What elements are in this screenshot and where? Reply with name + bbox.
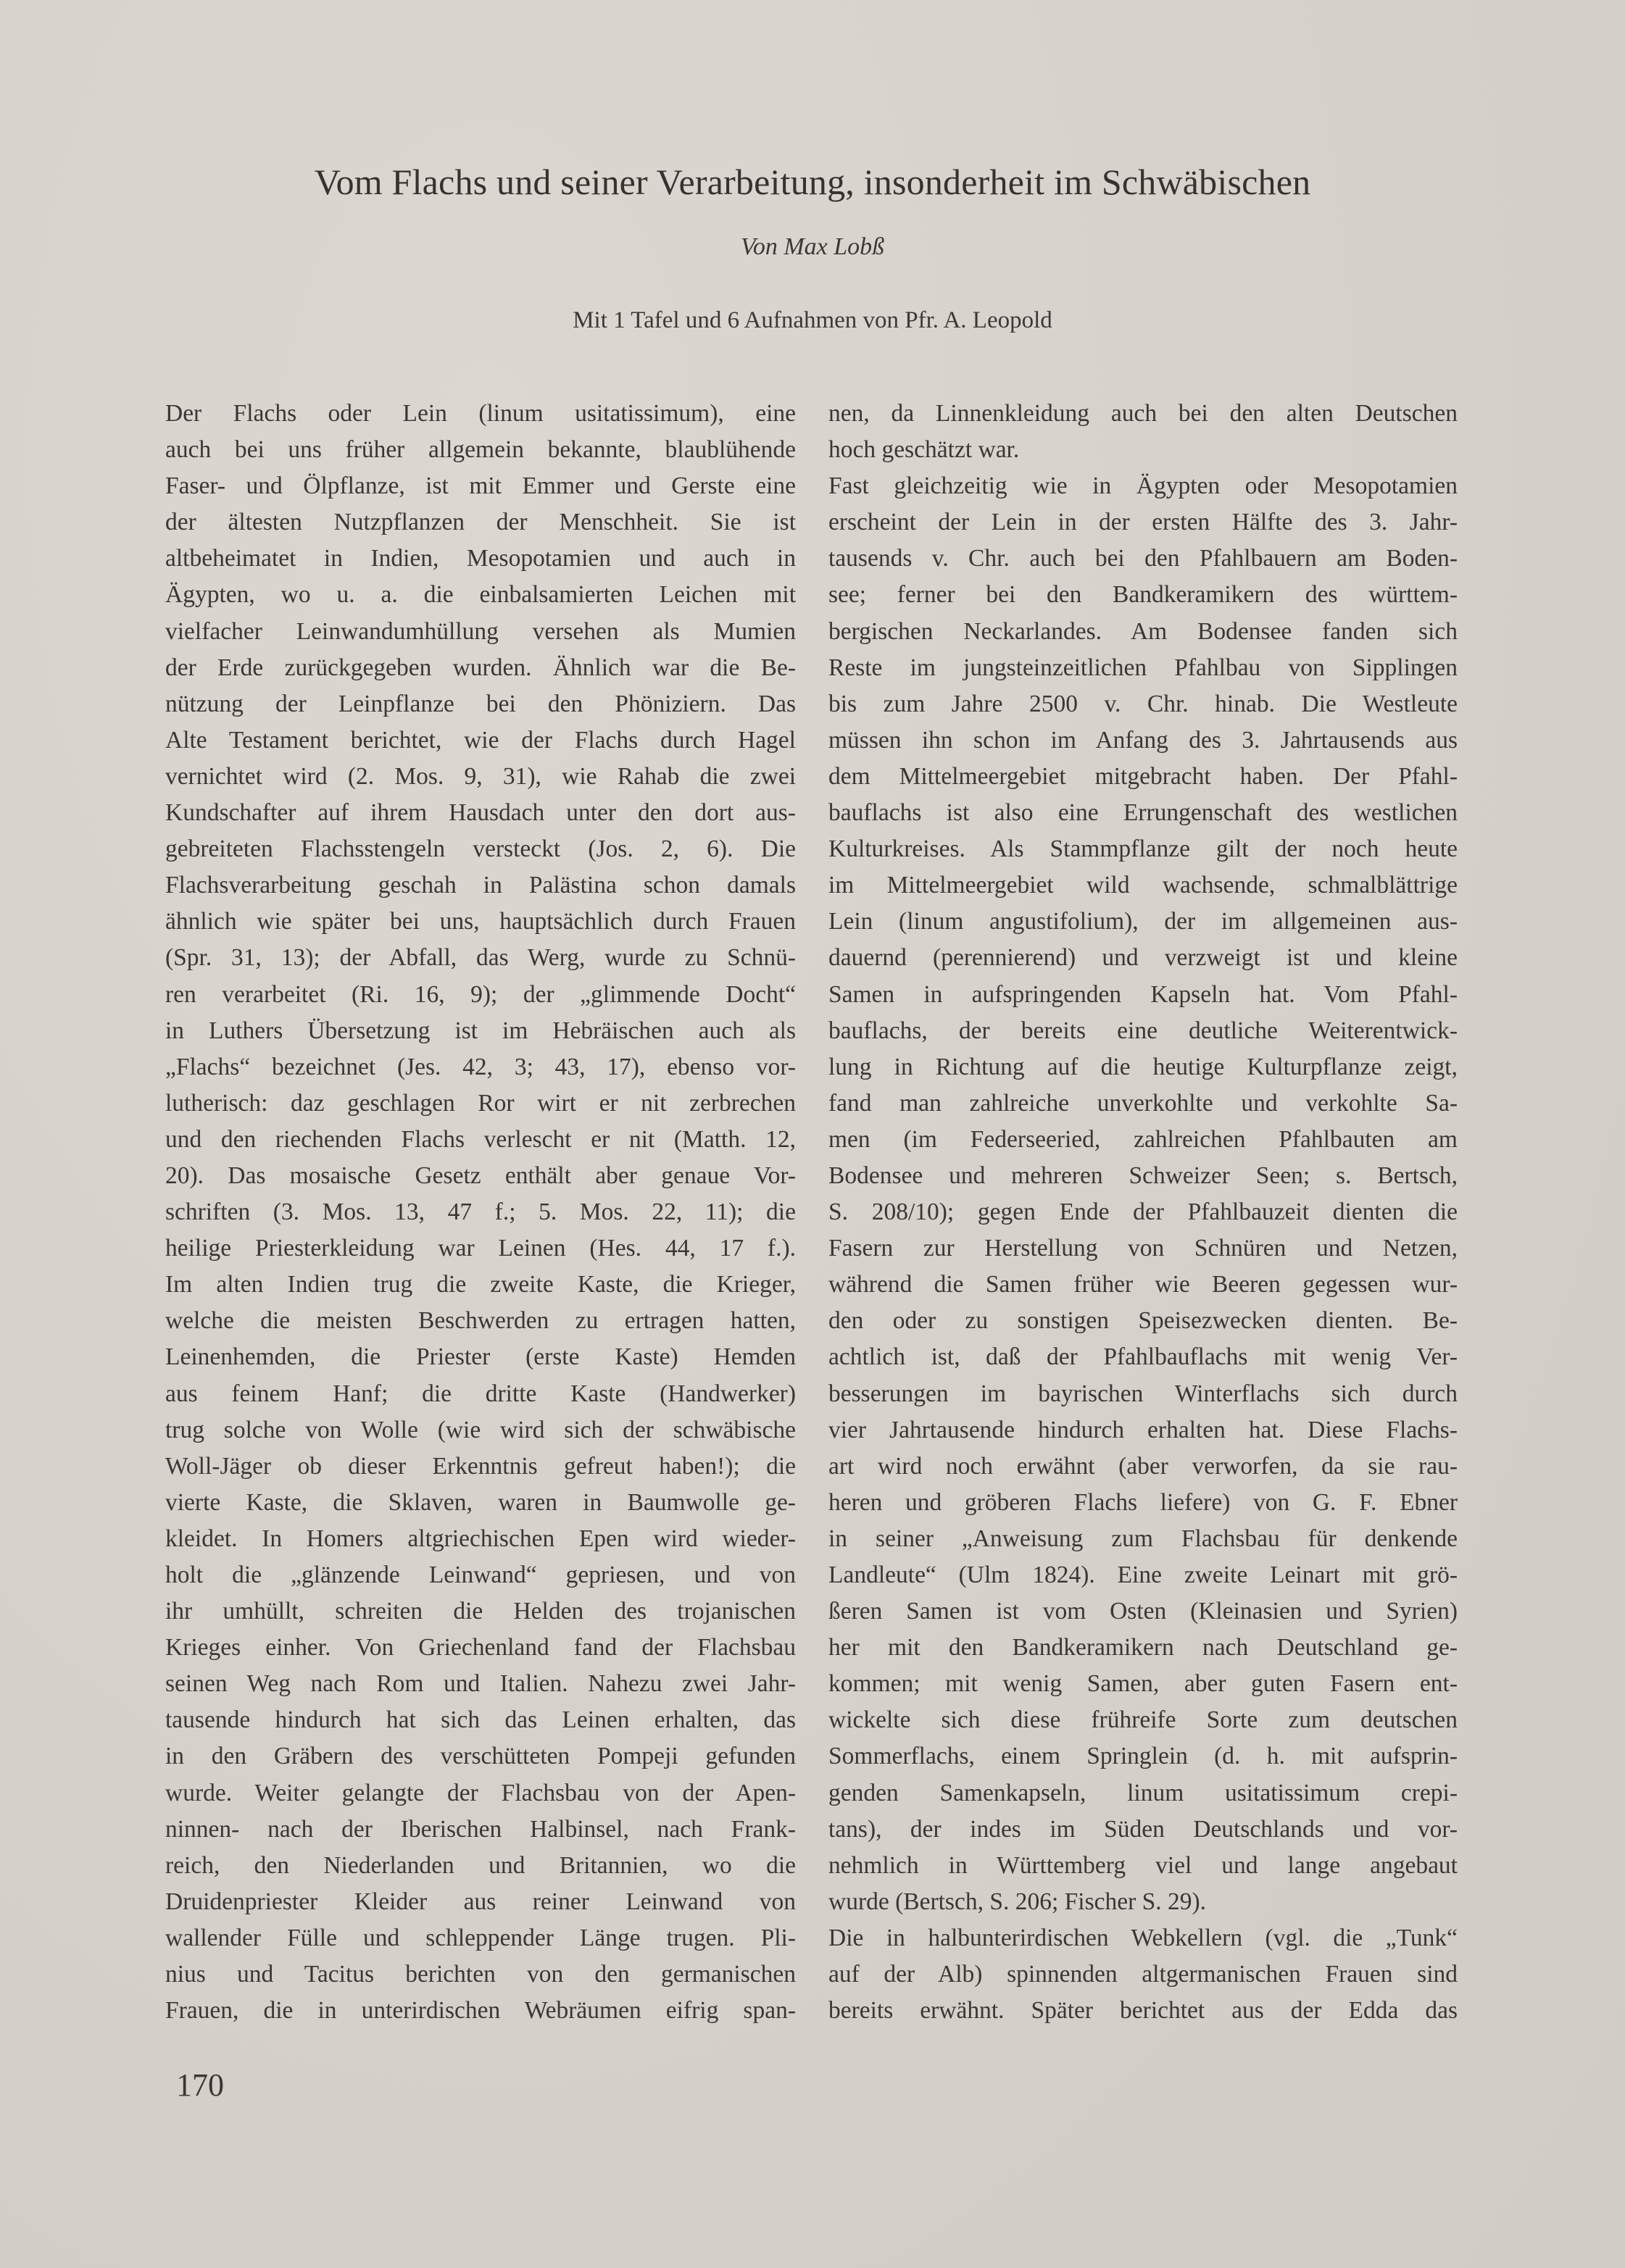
text-line: der ältesten Nutzpflanzen der Menschheit… xyxy=(165,504,796,541)
text-line: hoch geschätzt war. xyxy=(828,432,1458,468)
text-line: der Erde zurückgegeben wurden. Ähnlich w… xyxy=(165,650,796,686)
text-line: wurde. Weiter gelangte der Flachsbau von… xyxy=(165,1775,796,1812)
text-column-right: nen, da Linnenkleidung auch bei den alte… xyxy=(828,396,1458,2029)
text-line: dem Mittelmeergebiet mitgebracht haben. … xyxy=(828,759,1458,795)
article-title: Vom Flachs und seiner Verarbeitung, inso… xyxy=(0,161,1625,203)
text-line: (Spr. 31, 13); der Abfall, das Werg, wur… xyxy=(165,940,796,976)
text-line: kleidet. In Homers altgriechischen Epen … xyxy=(165,1521,796,1557)
text-line: schriften (3. Mos. 13, 47 f.; 5. Mos. 22… xyxy=(165,1194,796,1230)
text-line: Faser- und Ölpflanze, ist mit Emmer und … xyxy=(165,468,796,504)
text-line: den oder zu sonstigen Speisezwecken dien… xyxy=(828,1303,1458,1339)
text-line: Landleute“ (Ulm 1824). Eine zweite Leina… xyxy=(828,1557,1458,1593)
text-line: ninnen- nach der Iberischen Halbinsel, n… xyxy=(165,1812,796,1848)
text-line: nehmlich in Württemberg viel und lange a… xyxy=(828,1848,1458,1884)
text-line: kommen; mit wenig Samen, aber guten Fase… xyxy=(828,1666,1458,1702)
text-line: achtlich ist, daß der Pfahlbauflachs mit… xyxy=(828,1339,1458,1375)
text-line: gebreiteten Flachsstengeln versteckt (Jo… xyxy=(165,831,796,867)
author-byline: Von Max Lobß xyxy=(0,233,1625,261)
text-line: Woll-Jäger ob dieser Erkenntnis gefreut … xyxy=(165,1448,796,1485)
text-line: vernichtet wird (2. Mos. 9, 31), wie Rah… xyxy=(165,759,796,795)
text-line: genden Samenkapseln, linum usitatissimum… xyxy=(828,1775,1458,1812)
text-line: bauflachs ist also eine Errungenschaft d… xyxy=(828,795,1458,831)
text-line: Ägypten, wo u. a. die einbalsamierten Le… xyxy=(165,577,796,613)
text-line: aus feinem Hanf; die dritte Kaste (Handw… xyxy=(165,1376,796,1412)
text-line: während die Samen früher wie Beeren gege… xyxy=(828,1267,1458,1303)
text-line: Im alten Indien trug die zweite Kaste, d… xyxy=(165,1267,796,1303)
text-line: „Flachs“ bezeichnet (Jes. 42, 3; 43, 17)… xyxy=(165,1049,796,1085)
text-line: Reste im jungsteinzeitlichen Pfahlbau vo… xyxy=(828,650,1458,686)
text-line: see; ferner bei den Bandkeramikern des w… xyxy=(828,577,1458,613)
text-line: holt die „glänzende Leinwand“ gepriesen,… xyxy=(165,1557,796,1593)
text-line: Lein (linum angustifolium), der im allge… xyxy=(828,904,1458,940)
text-line: art wird noch erwähnt (aber verworfen, d… xyxy=(828,1448,1458,1485)
text-line: Kundschafter auf ihrem Hausdach unter de… xyxy=(165,795,796,831)
text-line: Druidenpriester Kleider aus reiner Leinw… xyxy=(165,1884,796,1920)
text-line: auf der Alb) spinnenden altgermanischen … xyxy=(828,1956,1458,1993)
text-line: Fast gleichzeitig wie in Ägypten oder Me… xyxy=(828,468,1458,504)
text-line: vielfacher Leinwandumhüllung versehen al… xyxy=(165,614,796,650)
text-line: in den Gräbern des verschütteten Pompeji… xyxy=(165,1738,796,1775)
text-line: Samen in aufspringenden Kapseln hat. Vom… xyxy=(828,977,1458,1013)
text-line: ähnlich wie später bei uns, hauptsächlic… xyxy=(165,904,796,940)
text-line: seinen Weg nach Rom und Italien. Nahezu … xyxy=(165,1666,796,1702)
text-line: tausende hindurch hat sich das Leinen er… xyxy=(165,1702,796,1738)
text-line: besserungen im bayrischen Winterflachs s… xyxy=(828,1376,1458,1412)
text-line: im Mittelmeergebiet wild wachsende, schm… xyxy=(828,867,1458,904)
text-line: Sommerflachs, einem Springlein (d. h. mi… xyxy=(828,1738,1458,1775)
text-line: bereits erwähnt. Später berichtet aus de… xyxy=(828,1993,1458,2029)
text-line: S. 208/10); gegen Ende der Pfahlbauzeit … xyxy=(828,1194,1458,1230)
text-line: Flachsverarbeitung geschah in Palästina … xyxy=(165,867,796,904)
text-line: Bodensee und mehreren Schweizer Seen; s.… xyxy=(828,1158,1458,1194)
text-line: vier Jahrtausende hindurch erhalten hat.… xyxy=(828,1412,1458,1448)
text-line: bis zum Jahre 2500 v. Chr. hinab. Die We… xyxy=(828,686,1458,722)
text-line: Krieges einher. Von Griechenland fand de… xyxy=(165,1630,796,1666)
text-line: reich, den Niederlanden und Britannien, … xyxy=(165,1848,796,1884)
text-line: erscheint der Lein in der ersten Hälfte … xyxy=(828,504,1458,541)
text-line: heilige Priesterkleidung war Leinen (Hes… xyxy=(165,1230,796,1267)
text-line: wallender Fülle und schleppender Länge t… xyxy=(165,1920,796,1956)
text-line: altbeheimatet in Indien, Mesopotamien un… xyxy=(165,541,796,577)
text-line: in seiner „Anweisung zum Flachsbau für d… xyxy=(828,1521,1458,1557)
text-column-left: Der Flachs oder Lein (linum usitatissimu… xyxy=(165,396,796,2029)
text-line: bauflachs, der bereits eine deutliche We… xyxy=(828,1013,1458,1049)
text-line: lung in Richtung auf die heutige Kulturp… xyxy=(828,1049,1458,1085)
illustration-credit: Mit 1 Tafel und 6 Aufnahmen von Pfr. A. … xyxy=(0,307,1625,334)
text-line: Frauen, die in unterirdischen Webräumen … xyxy=(165,1993,796,2029)
text-line: heren und gröberen Flachs liefere) von G… xyxy=(828,1485,1458,1521)
text-line: ren verarbeitet (Ri. 16, 9); der „glimme… xyxy=(165,977,796,1013)
text-line: in Luthers Übersetzung ist im Hebräische… xyxy=(165,1013,796,1049)
text-line: Fasern zur Herstellung von Schnüren und … xyxy=(828,1230,1458,1267)
text-line: ihr umhüllt, schreiten die Helden des tr… xyxy=(165,1593,796,1630)
page-number: 170 xyxy=(176,2067,224,2104)
text-line: Kulturkreises. Als Stammpflanze gilt der… xyxy=(828,831,1458,867)
text-line: bergischen Neckarlandes. Am Bodensee fan… xyxy=(828,614,1458,650)
text-line: her mit den Bandkeramikern nach Deutschl… xyxy=(828,1630,1458,1666)
text-line: Leinenhemden, die Priester (erste Kaste)… xyxy=(165,1339,796,1375)
text-line: nützung der Leinpflanze bei den Phönizie… xyxy=(165,686,796,722)
text-line: men (im Federseeried, zahlreichen Pfahlb… xyxy=(828,1122,1458,1158)
text-line: Der Flachs oder Lein (linum usitatissimu… xyxy=(165,396,796,432)
text-line: dauernd (perennierend) und verzweigt ist… xyxy=(828,940,1458,976)
text-line: fand man zahlreiche unverkohlte und verk… xyxy=(828,1085,1458,1122)
text-line: auch bei uns früher allgemein bekannte, … xyxy=(165,432,796,468)
text-line: trug solche von Wolle (wie wird sich der… xyxy=(165,1412,796,1448)
text-line: und den riechenden Flachs verlescht er n… xyxy=(165,1122,796,1158)
text-line: nen, da Linnenkleidung auch bei den alte… xyxy=(828,396,1458,432)
text-line: tausends v. Chr. auch bei den Pfahlbauer… xyxy=(828,541,1458,577)
text-line: tans), der indes im Süden Deutschlands u… xyxy=(828,1812,1458,1848)
text-line: welche die meisten Beschwerden zu ertrag… xyxy=(165,1303,796,1339)
text-line: vierte Kaste, die Sklaven, waren in Baum… xyxy=(165,1485,796,1521)
text-line: 20). Das mosaische Gesetz enthält aber g… xyxy=(165,1158,796,1194)
text-line: müssen ihn schon im Anfang des 3. Jahrta… xyxy=(828,722,1458,759)
text-line: Alte Testament berichtet, wie der Flachs… xyxy=(165,722,796,759)
text-line: nius und Tacitus berichten von den germa… xyxy=(165,1956,796,1993)
text-line: lutherisch: daz geschlagen Ror wirt er n… xyxy=(165,1085,796,1122)
text-line: Die in halbunterirdischen Webkellern (vg… xyxy=(828,1920,1458,1956)
text-line: ßeren Samen ist vom Osten (Kleinasien un… xyxy=(828,1593,1458,1630)
text-line: wurde (Bertsch, S. 206; Fischer S. 29). xyxy=(828,1884,1458,1920)
text-line: wickelte sich diese frühreife Sorte zum … xyxy=(828,1702,1458,1738)
